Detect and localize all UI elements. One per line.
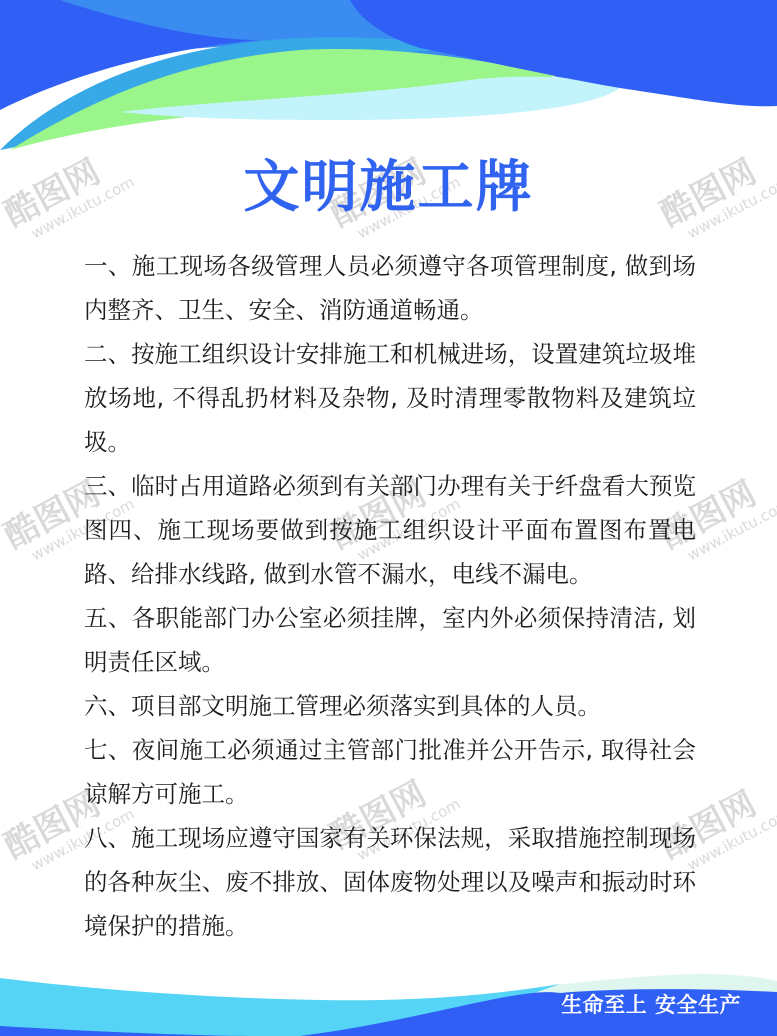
poster-title: 文明施工牌 (0, 148, 777, 228)
rule-paragraph-1: 一、施工现场各级管理人员必须遵守各项管理制度, 做到场内整齐、卫生、安全、消防通… (84, 244, 696, 332)
rule-paragraph-5: 五、各职能部门办公室必须挂牌，室内外必须保持清洁, 划明责任区域。 (84, 596, 696, 684)
rule-paragraph-3: 三、临时占用道路必须到有关部门办理有关于纤盘看大预览图四、施工现场要做到按施工组… (84, 464, 696, 596)
top-wave-decoration (0, 0, 777, 160)
rule-paragraph-7: 七、夜间施工必须通过主管部门批准并公开告示, 取得社会谅解方可施工。 (84, 728, 696, 816)
rule-paragraph-2: 二、按施工组织设计安排施工和机械进场，设置建筑垃圾堆放场地, 不得乱扔材料及杂物… (84, 332, 696, 464)
watermark-url: www.ikutu.com (684, 805, 777, 875)
watermark-url: www.ikutu.com (684, 495, 777, 565)
poster-content: 一、施工现场各级管理人员必须遵守各项管理制度, 做到场内整齐、卫生、安全、消防通… (84, 244, 696, 948)
rule-paragraph-6: 六、项目部文明施工管理必须落实到具体的人员。 (84, 684, 696, 728)
slogan: 生命至上 安全生产 (561, 990, 741, 1020)
